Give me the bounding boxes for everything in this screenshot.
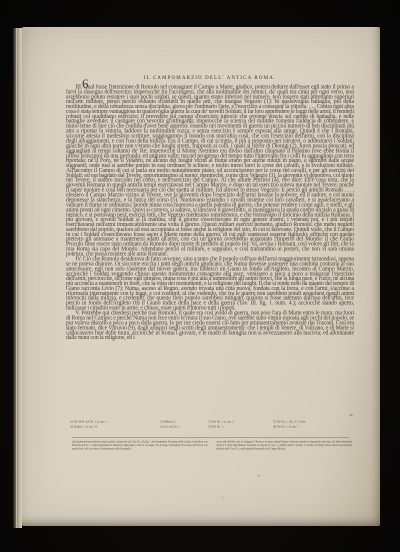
annotation-right-column: acciocchè dall'altro lato si veggano il …	[216, 440, 352, 451]
footnote-ref-row: (2) Similit. 1. al cap. 14. (4) Liv. nel…	[70, 424, 352, 429]
footnote-ref: (6) Nel lib. 1.	[208, 424, 273, 429]
paragraph-v: V. Potrebbe qui chiedersi perchè mai Rom…	[66, 310, 354, 339]
scan-background: 6 IL CAMPOMARZIO DELL' ANTICA ROMA. III.…	[0, 0, 400, 552]
running-title: IL CAMPOMARZIO DELL' ANTICA ROMA.	[66, 75, 354, 81]
paragraph-iv: IV. Ciò che Romolo desiderava di fatto a…	[66, 256, 354, 310]
paragraph-iii: III. Qual fosse l'intenzione di Romolo n…	[66, 84, 354, 256]
paper-specks	[22, 27, 23, 28]
footnote-rule	[72, 437, 349, 438]
annotation-left-column: (a) Qualunque intendimento degli antichi…	[72, 440, 208, 451]
footnote-references: (1) Del Milit. nel lib. 1. al cap. 1. (3…	[70, 419, 352, 432]
footnote-ref: (8) Nel lib. 1. al cap. 7.	[273, 424, 352, 429]
body-text-block: III. Qual fosse l'intenzione di Romolo n…	[66, 84, 354, 415]
catchword: go-	[66, 413, 354, 416]
book-page: 6 IL CAMPOMARZIO DELL' ANTICA ROMA. III.…	[22, 27, 380, 526]
annotation-block: (a) Qualunque intendimento degli antichi…	[72, 440, 352, 462]
footnote-ref: (4) Liv. nel lib. 1.	[160, 424, 208, 429]
footnote-ref: (2) Similit. 1. al cap. 14.	[70, 424, 160, 429]
stacked-page-edges	[13, 28, 22, 528]
